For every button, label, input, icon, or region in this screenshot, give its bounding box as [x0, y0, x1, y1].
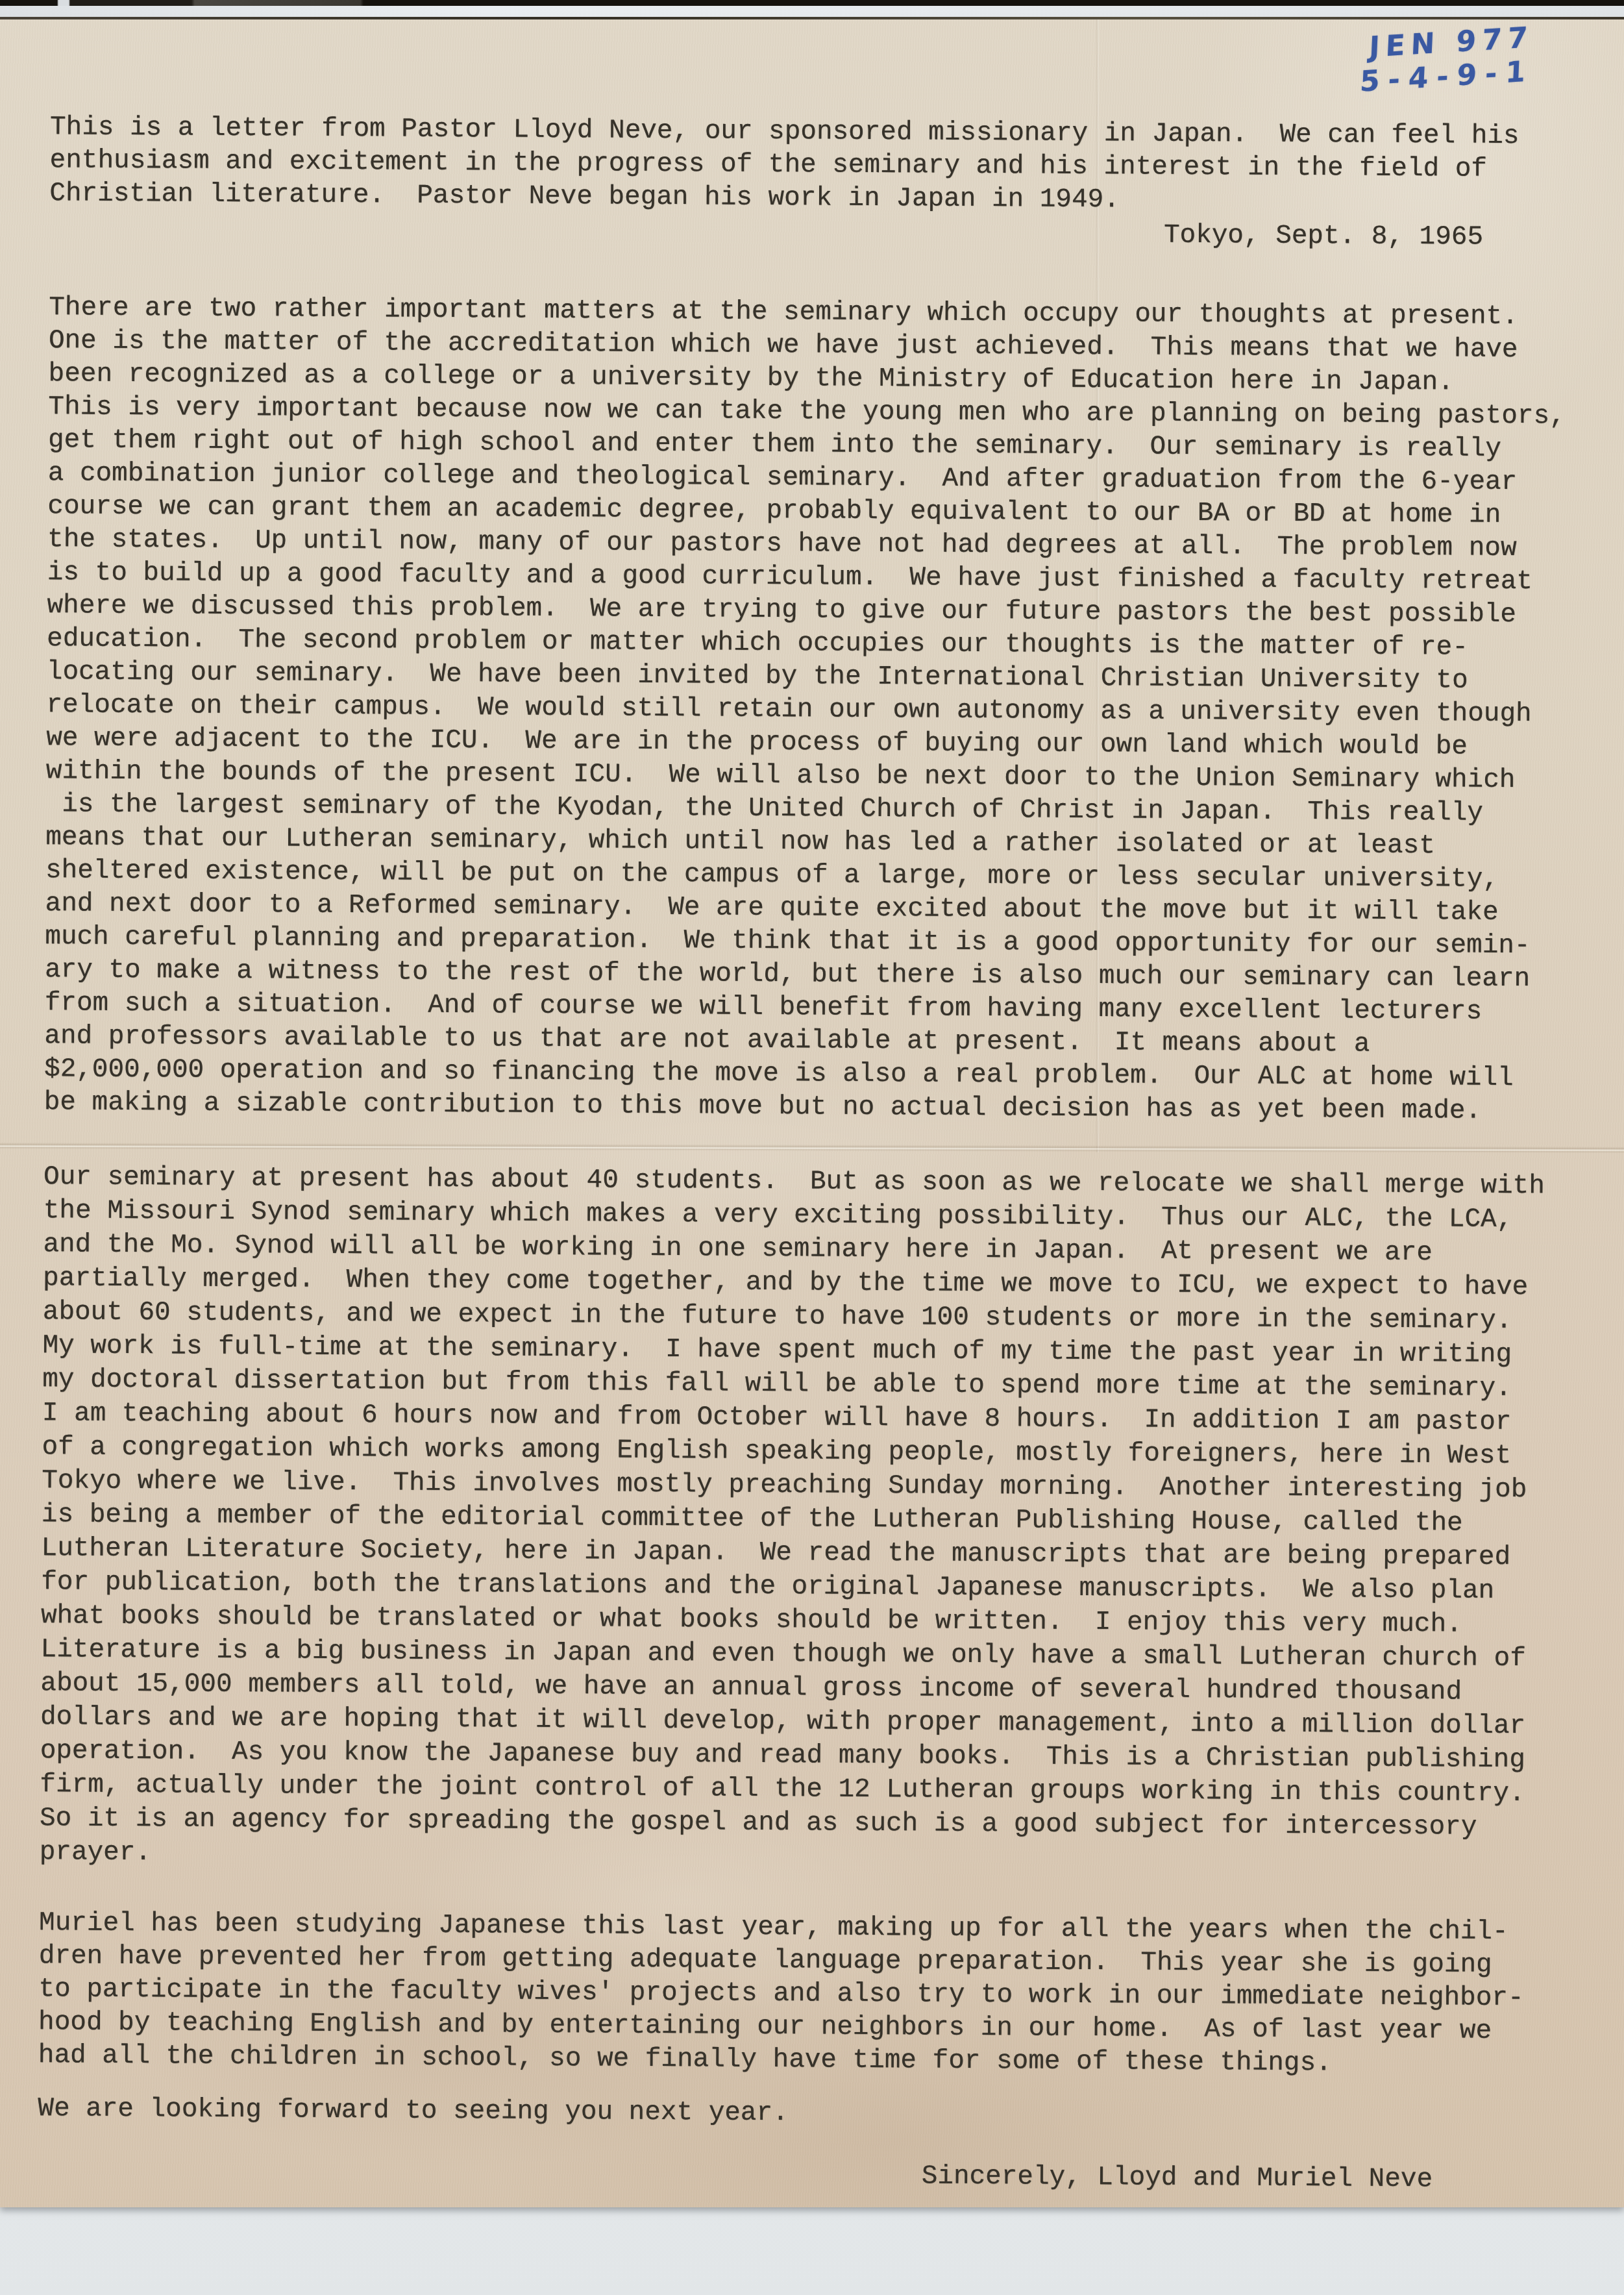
typewritten-content: This is a letter from Pastor Lloyd Neve,… [0, 19, 1624, 2217]
paragraph-students-and-work: Our seminary at present has about 40 stu… [40, 1160, 1602, 1879]
paragraph-seminary-matters: There are two rather important matters a… [44, 292, 1607, 1129]
scanned-letter-page: { "colors": { "paper": "#ddd2c0", "typew… [0, 0, 1624, 2295]
signature-line: Sincerely, Lloyd and Muriel Neve [922, 2160, 1571, 2197]
dateline: Tokyo, Sept. 8, 1965 [1164, 219, 1553, 255]
paragraph-muriel: Muriel has been studying Japanese this l… [38, 1907, 1597, 2082]
scanner-gap-strip [0, 6, 1624, 17]
closing-line: We are looking forward to seeing you nex… [38, 2092, 1595, 2135]
intro-paragraph: This is a letter from Pastor Lloyd Neve,… [49, 111, 1608, 220]
scanner-edge-strip [0, 0, 1624, 6]
letter-sheet: JEN 977 5-4-9-1 This is a letter from Pa… [0, 19, 1624, 2207]
